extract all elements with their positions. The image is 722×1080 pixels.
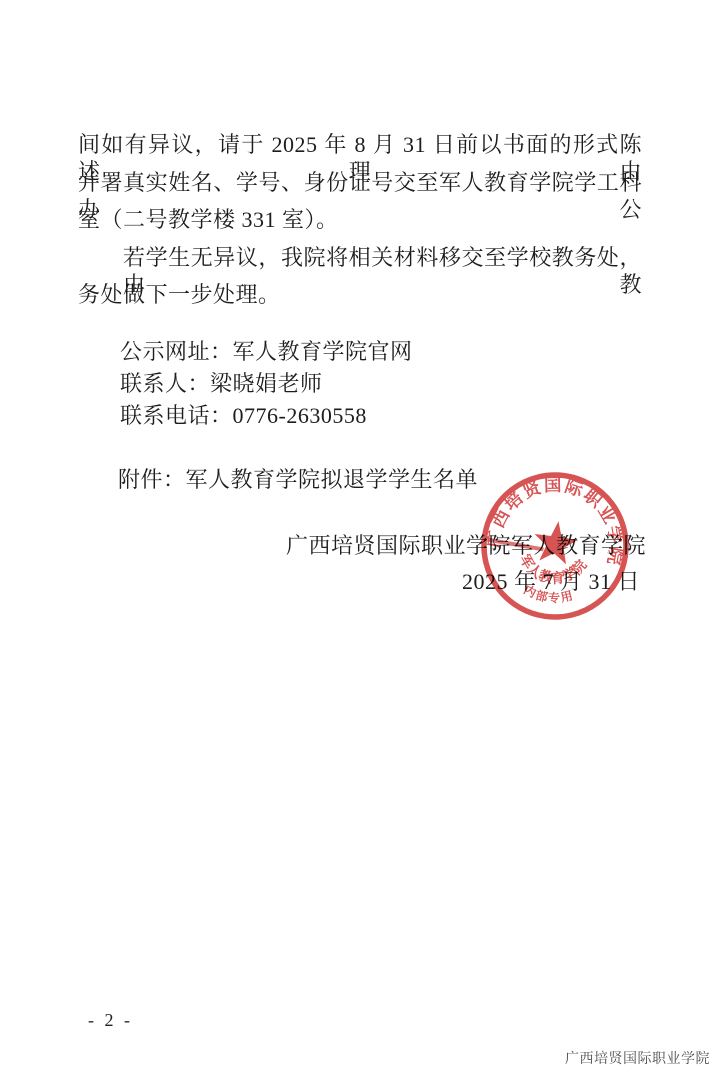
contact-website-line: 公示网址：军人教育学院官网 [120,338,413,365]
seal-inner-text: 军人教育学院 [514,548,591,591]
footer-watermark: 广西培贤国际职业学院 [565,1048,710,1068]
body-line-3: 室（二号教学楼 331 室）。 [78,206,339,233]
contact-person-line: 联系人：梁晓娟老师 [120,370,323,397]
document-page: 间如有异议，请于 2025 年 8 月 31 日前以书面的形式陈述理由 并署真实… [0,0,722,1080]
attachment-line: 附件：军人教育学院拟退学学生名单 [118,466,478,493]
page-number: - 2 - [88,1010,133,1031]
contact-phone-line: 联系电话：0776-2630558 [120,402,367,429]
official-seal: 广西培贤国际职业学院 军人教育学院 内部专用 [470,461,640,631]
star-icon [531,518,580,565]
body-line-5: 务处做下一步处理。 [78,281,281,308]
